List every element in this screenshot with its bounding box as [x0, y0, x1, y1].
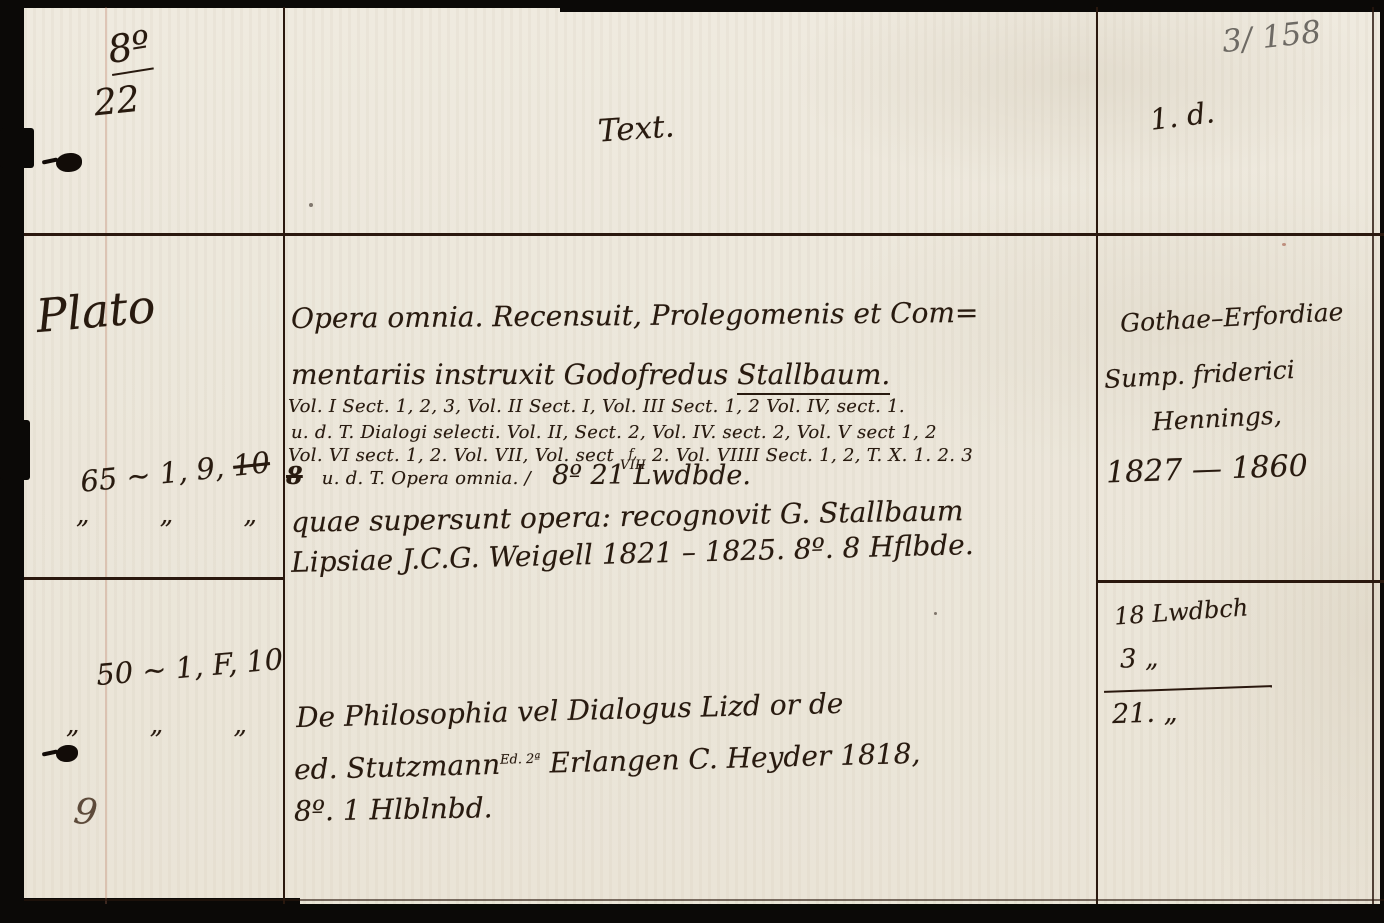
- author-name: Plato: [34, 283, 157, 339]
- rule-horizontal-left-row: [24, 577, 283, 580]
- paper-speck: [934, 612, 937, 615]
- format-mark-text: 8º: [105, 22, 154, 76]
- margin-scribble: 9: [72, 794, 100, 833]
- entry1-title-line2: mentariis instruxit Godofredus Stallbaum…: [291, 361, 890, 389]
- paper-speck: [309, 203, 313, 207]
- scan-edge-top-right: [560, 0, 1384, 12]
- entry2-binding-line: 8º. 1 Hlblnbd.: [294, 794, 493, 825]
- catalog-card-scan: 8º 22 Text. 3/ 158 1. d. Plato 65 ~ 1, 9…: [0, 0, 1384, 923]
- tally-volumes-row2: 3 „: [1120, 645, 1159, 672]
- entry1-title-line2-text: mentariis instruxit Godofredus: [291, 358, 737, 391]
- publication-years: 1827 — 1860: [1106, 451, 1309, 488]
- accession-number: 22: [92, 82, 141, 123]
- rule-horizontal-right-row: [1096, 580, 1384, 583]
- entry2-edition-superscript: Ed. 2ª: [500, 752, 541, 768]
- format-mark: 8º: [105, 25, 152, 69]
- entry1-binding-small: u. d. T. Opera omnia. /: [308, 468, 531, 489]
- entry1-binding-line: 8 u. d. T. Opera omnia. / 8º 21 Lwdbde.: [286, 462, 751, 489]
- rule-vertical-left-column: [283, 7, 285, 904]
- scan-edge-right: [1380, 0, 1384, 923]
- rule-vertical-fold-crease: [105, 7, 107, 904]
- card-title: Text.: [597, 111, 675, 147]
- entry1-title-line1: Opera omnia. Recensuit, Prolegomenis et …: [291, 299, 979, 333]
- scan-edge-notch: [0, 128, 34, 168]
- entry1-volumes-line1: Vol. I Sect. 1, 2, 3, Vol. II Sect. I, V…: [288, 398, 905, 416]
- entry1-binding-large: 8º 21 Lwdbde.: [536, 460, 751, 491]
- rule-vertical-right-margin: [1372, 7, 1374, 904]
- header-right-note: 1. d.: [1148, 98, 1216, 135]
- shelfmark-entry1-struck: 10: [231, 445, 271, 483]
- rule-vertical-right-column: [1096, 7, 1098, 904]
- paper-speck: [1282, 243, 1286, 246]
- entry1-editor-underlined: Stallbaum.: [737, 358, 890, 395]
- tally-volumes-total: 21. „: [1112, 699, 1178, 728]
- struck-out-mark: 8: [286, 461, 303, 490]
- scan-edge-bottom-left: [0, 898, 300, 923]
- rule-horizontal-bottom: [24, 899, 1384, 901]
- rule-horizontal-header: [24, 233, 1384, 236]
- ditto-marks-entry1: „ „ „: [76, 502, 259, 528]
- ink-blot: [56, 153, 82, 172]
- entry1-volumes-line2: u. d. T. Dialogi selecti. Vol. II, Sect.…: [291, 424, 937, 442]
- entry2-editor: ed. Stutzmann: [294, 748, 501, 786]
- ink-blot: [56, 745, 78, 762]
- scan-edge-notch: [0, 420, 30, 480]
- ditto-marks-entry2: „ „ „: [66, 712, 249, 738]
- publisher-name: Hennings,: [1151, 403, 1282, 435]
